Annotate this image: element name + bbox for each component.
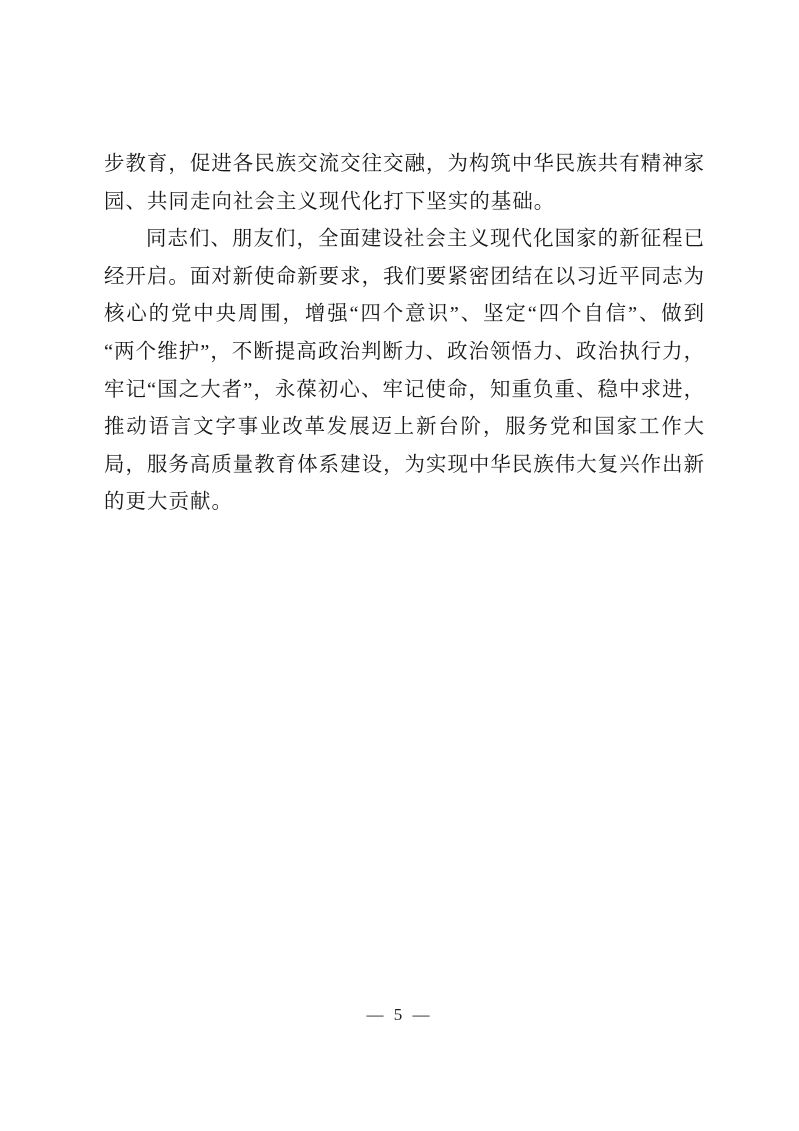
page-number: — 5 — — [367, 1005, 433, 1024]
text-line: “两个维护”，不断提高政治判断力、政治领悟力、政治执行力， — [104, 334, 704, 372]
text-line: 经开启。面对新使命新要求，我们要紧密团结在以习近平同志为 — [104, 259, 704, 297]
text-line: 牢记“国之大者”，永葆初心、牢记使命，知重负重、稳中求进， — [104, 372, 704, 410]
text-line: 园、共同走向社会主义现代化打下坚实的基础。 — [104, 184, 704, 222]
text-line: 同志们、朋友们，全面建设社会主义现代化国家的新征程已 — [104, 221, 704, 259]
page-footer: — 5 — — [0, 1005, 799, 1025]
text-line: 局，服务高质量教育体系建设，为实现中华民族伟大复兴作出新 — [104, 447, 704, 485]
text-line: 推动语言文字事业改革发展迈上新台阶，服务党和国家工作大 — [104, 409, 704, 447]
document-body: 步教育，促进各民族交流交往交融，为构筑中华民族共有精神家 园、共同走向社会主义现… — [104, 146, 704, 522]
document-page: 步教育，促进各民族交流交往交融，为构筑中华民族共有精神家 园、共同走向社会主义现… — [0, 0, 799, 1131]
text-line: 的更大贡献。 — [104, 484, 704, 522]
text-line: 核心的党中央周围，增强“四个意识”、坚定“四个自信”、做到 — [104, 296, 704, 334]
text-line: 步教育，促进各民族交流交往交融，为构筑中华民族共有精神家 — [104, 146, 704, 184]
